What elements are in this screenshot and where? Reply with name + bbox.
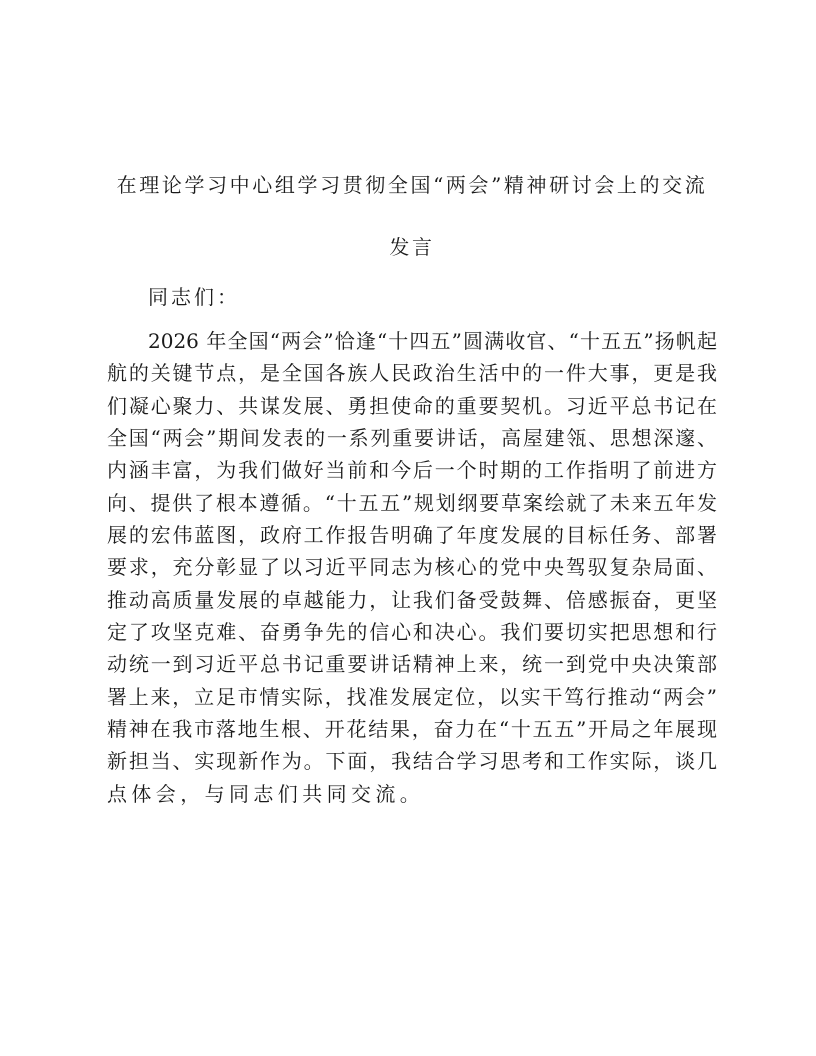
paragraph-line: 向、提供了根本遵循。“十五五”规划纲要草案绘就了未来五年发 <box>107 487 717 519</box>
paragraph-line: 全国“两会”期间发表的一系列重要讲话，高屋建瓴、思想深邃、 <box>107 422 717 454</box>
document-page: 在理论学习中心组学习贯彻全国“两会”精神研讨会上的交流 发言 同志们： 2026… <box>0 0 816 1056</box>
paragraph-line: 精神在我市落地生根、开花结果，奋力在“十五五”开局之年展现 <box>107 713 717 745</box>
paragraph-line: 署上来，立足市情实际，找准发展定位，以实干笃行推动“两会” <box>107 681 717 713</box>
paragraph-line-last: 点体会，与同志们共同交流。 <box>107 778 717 810</box>
document-title-line-2: 发言 <box>107 231 717 263</box>
paragraph-line: 展的宏伟蓝图，政府工作报告明确了年度发展的目标任务、部署 <box>107 519 717 551</box>
paragraph-line: 2026 年全国“两会”恰逢“十四五”圆满收官、“十五五”扬帆起 <box>107 325 717 357</box>
paragraph-line: 定了攻坚克难、奋勇争先的信心和决心。我们要切实把思想和行 <box>107 616 717 648</box>
paragraph-line: 推动高质量发展的卓越能力，让我们备受鼓舞、倍感振奋，更坚 <box>107 584 717 616</box>
paragraph-line: 要求，充分彰显了以习近平同志为核心的党中央驾驭复杂局面、 <box>107 551 717 583</box>
document-title-line-1: 在理论学习中心组学习贯彻全国“两会”精神研讨会上的交流 <box>107 169 717 201</box>
salutation: 同志们： <box>148 281 240 313</box>
paragraph-line: 新担当、实现新作为。下面，我结合学习思考和工作实际，谈几 <box>107 745 717 777</box>
paragraph-line: 动统一到习近平总书记重要讲话精神上来，统一到党中央决策部 <box>107 648 717 680</box>
paragraph-line: 们凝心聚力、共谋发展、勇担使命的重要契机。习近平总书记在 <box>107 390 717 422</box>
paragraph-line: 航的关键节点，是全国各族人民政治生活中的一件大事，更是我 <box>107 357 717 389</box>
paragraph-line: 内涵丰富，为我们做好当前和今后一个时期的工作指明了前进方 <box>107 454 717 486</box>
